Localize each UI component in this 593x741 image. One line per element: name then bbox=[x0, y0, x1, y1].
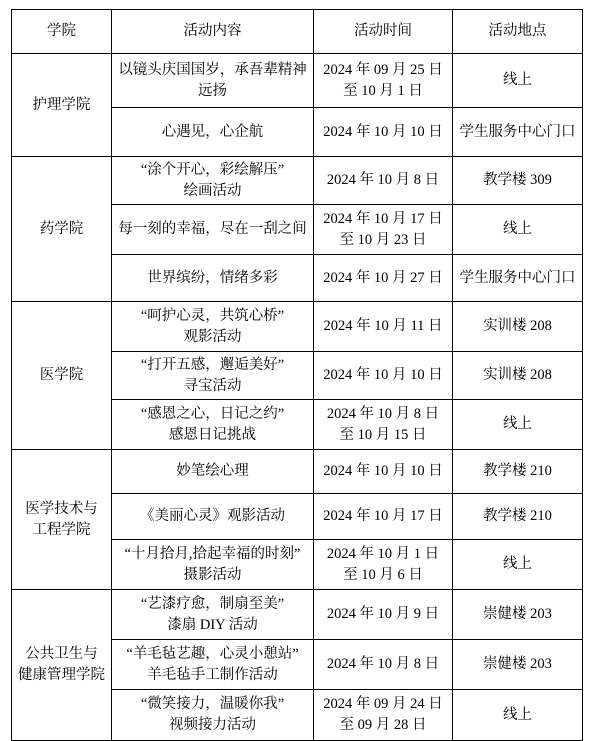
activity-location-cell: 线上 bbox=[453, 400, 583, 450]
activity-content-cell: “羊毛毡艺趣，心灵小憩站” 羊毛毡手工制作活动 bbox=[112, 640, 314, 690]
activity-time-cell: 2024 年 10 月 10 日 bbox=[314, 352, 453, 400]
activity-location-cell: 学生服务中心门口 bbox=[453, 255, 583, 302]
header-college: 学院 bbox=[12, 10, 112, 54]
activity-content-cell: 世界缤纷，情绪多彩 bbox=[112, 255, 314, 302]
activity-location-cell: 线上 bbox=[453, 540, 583, 590]
college-cell: 医学院 bbox=[12, 302, 112, 450]
activity-location-cell: 教学楼 210 bbox=[453, 494, 583, 540]
activity-content-cell: 妙笔绘心理 bbox=[112, 450, 314, 494]
activity-location-cell: 实训楼 208 bbox=[453, 352, 583, 400]
activity-time-cell: 2024 年 10 月 1 日 至 10 月 6 日 bbox=[314, 540, 453, 590]
activity-time-cell: 2024 年 10 月 8 日 bbox=[314, 157, 453, 205]
activity-time-cell: 2024 年 10 月 9 日 bbox=[314, 590, 453, 640]
header-activity-time: 活动时间 bbox=[314, 10, 453, 54]
activity-location-cell: 线上 bbox=[453, 205, 583, 255]
header-activity-location: 活动地点 bbox=[453, 10, 583, 54]
activity-time-cell: 2024 年 10 月 10 日 bbox=[314, 450, 453, 494]
activity-content-cell: “涂个开心，彩绘解压” 绘画活动 bbox=[112, 157, 314, 205]
activity-time-cell: 2024 年 10 月 27 日 bbox=[314, 255, 453, 302]
college-cell: 护理学院 bbox=[12, 54, 112, 157]
activity-content-cell: “呵护心灵，共筑心桥” 观影活动 bbox=[112, 302, 314, 352]
activity-schedule-table: 学院 活动内容 活动时间 活动地点 护理学院 以镜头庆国国岁，承吾辈精神 远扬 … bbox=[11, 9, 583, 741]
table-row: 药学院 “涂个开心，彩绘解压” 绘画活动 2024 年 10 月 8 日 教学楼… bbox=[12, 157, 583, 205]
table-row: 护理学院 以镜头庆国国岁，承吾辈精神 远扬 2024 年 09 月 25 日 至… bbox=[12, 54, 583, 108]
activity-content-cell: 每一刻的幸福，尽在一刮之间 bbox=[112, 205, 314, 255]
activity-time-cell: 2024 年 10 月 17 日 bbox=[314, 494, 453, 540]
activity-time-cell: 2024 年 09 月 25 日 至 10 月 1 日 bbox=[314, 54, 453, 108]
activity-time-cell: 2024 年 10 月 8 日 至 10 月 15 日 bbox=[314, 400, 453, 450]
table-row: 医学技术与 工程学院 妙笔绘心理 2024 年 10 月 10 日 教学楼 21… bbox=[12, 450, 583, 494]
activity-content-cell: 以镜头庆国国岁，承吾辈精神 远扬 bbox=[112, 54, 314, 108]
college-cell: 公共卫生与 健康管理学院 bbox=[12, 590, 112, 741]
college-cell: 医学技术与 工程学院 bbox=[12, 450, 112, 590]
activity-content-cell: “微笑接力，温暖你我” 视频接力活动 bbox=[112, 690, 314, 741]
activity-location-cell: 崇健楼 203 bbox=[453, 640, 583, 690]
activity-content-cell: “感恩之心，日记之约” 感恩日记挑战 bbox=[112, 400, 314, 450]
activity-location-cell: 教学楼 210 bbox=[453, 450, 583, 494]
college-cell: 药学院 bbox=[12, 157, 112, 302]
activity-content-cell: 心遇见，心企航 bbox=[112, 108, 314, 157]
activity-content-cell: “打开五感，邂逅美好” 寻宝活动 bbox=[112, 352, 314, 400]
activity-location-cell: 崇健楼 203 bbox=[453, 590, 583, 640]
activity-location-cell: 实训楼 208 bbox=[453, 302, 583, 352]
activity-time-cell: 2024 年 10 月 8 日 bbox=[314, 640, 453, 690]
activity-location-cell: 线上 bbox=[453, 690, 583, 741]
header-activity-content: 活动内容 bbox=[112, 10, 314, 54]
activity-content-cell: 《美丽心灵》观影活动 bbox=[112, 494, 314, 540]
activity-time-cell: 2024 年 10 月 11 日 bbox=[314, 302, 453, 352]
activity-location-cell: 教学楼 309 bbox=[453, 157, 583, 205]
activity-location-cell: 学生服务中心门口 bbox=[453, 108, 583, 157]
activity-content-cell: “十月拾月,拾起幸福的时刻” 摄影活动 bbox=[112, 540, 314, 590]
activity-content-cell: “艺漆疗愈，制扇至美” 漆扇 DIY 活动 bbox=[112, 590, 314, 640]
table-row: 公共卫生与 健康管理学院 “艺漆疗愈，制扇至美” 漆扇 DIY 活动 2024 … bbox=[12, 590, 583, 640]
table-row: 医学院 “呵护心灵，共筑心桥” 观影活动 2024 年 10 月 11 日 实训… bbox=[12, 302, 583, 352]
activity-time-cell: 2024 年 10 月 17 日 至 10 月 23 日 bbox=[314, 205, 453, 255]
activity-time-cell: 2024 年 10 月 10 日 bbox=[314, 108, 453, 157]
activity-location-cell: 线上 bbox=[453, 54, 583, 108]
header-row: 学院 活动内容 活动时间 活动地点 bbox=[12, 10, 583, 54]
activity-time-cell: 2024 年 09 月 24 日 至 09 月 28 日 bbox=[314, 690, 453, 741]
